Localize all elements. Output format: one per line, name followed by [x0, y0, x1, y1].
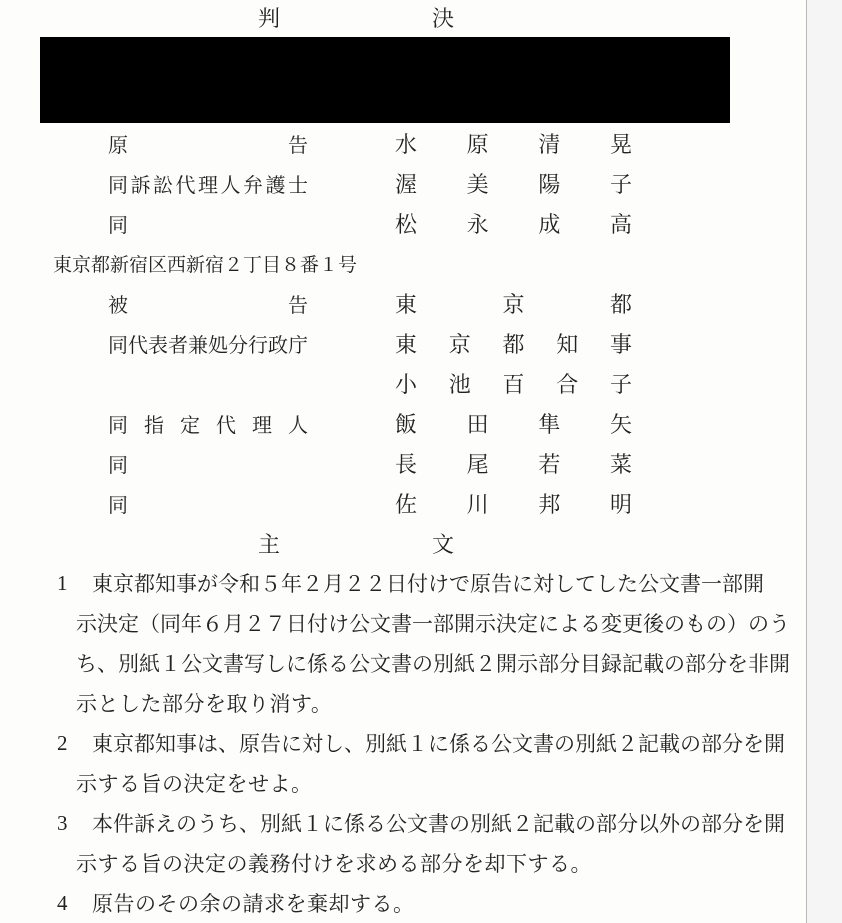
defendant-address: 東京都新宿区西新宿２丁目８番１号 — [53, 250, 357, 277]
order-line-text: 東京都知事が令和５年２月２２日付けで原告に対してした公文書一部開 — [92, 568, 740, 598]
heading-char-2: 文 — [432, 528, 454, 559]
order-item-4: 4 原告のその余の請求を棄却する。 — [0, 883, 806, 923]
party-row-designated-agent-2: 同 長尾若菜 — [0, 443, 806, 483]
defendant-address-row: 東京都新宿区西新宿２丁目８番１号 — [0, 243, 806, 283]
order-line-text: 示決定（同年６月２７日付け公文書一部開示決定による変更後のもの）のう — [76, 608, 740, 638]
party-label: 同指定代理人 — [108, 409, 308, 438]
order-list: 1 東京都知事が令和５年２月２２日付けで原告に対してした公文書一部開 示決定（同… — [0, 563, 806, 923]
redaction-block — [40, 37, 730, 123]
main-text-heading-chars: 主 文 — [258, 528, 454, 559]
order-item-3: 3 本件訴えのうち、別紙１に係る公文書の別紙２記載の部分以外の部分を開 示する旨… — [0, 803, 806, 883]
order-line-text: 示する旨の決定の義務付けを求める部分を却下する。 — [76, 848, 592, 878]
judgment-title-chars: 判 決 — [258, 2, 454, 33]
party-name: 佐川邦明 — [395, 488, 632, 519]
order-line: 4 原告のその余の請求を棄却する。 — [0, 883, 806, 923]
party-name: 渥美陽子 — [395, 168, 632, 199]
party-row-plaintiff: 原告 水原清晃 — [0, 123, 806, 163]
order-line-text: 示する旨の決定をせよ。 — [76, 768, 313, 798]
party-name: 飯田隼矢 — [395, 408, 632, 439]
heading-char-1: 主 — [258, 528, 280, 559]
order-line: 3 本件訴えのうち、別紙１に係る公文書の別紙２記載の部分以外の部分を開 — [0, 803, 806, 843]
party-label: 同 — [108, 209, 308, 238]
title-char-1: 判 — [258, 2, 280, 33]
order-line: 1 東京都知事が令和５年２月２２日付けで原告に対してした公文書一部開 — [0, 563, 806, 603]
order-line: 示する旨の決定の義務付けを求める部分を却下する。 — [0, 843, 806, 883]
party-label: 同代表者兼処分行政庁 — [108, 329, 308, 358]
party-label: 原告 — [108, 129, 308, 158]
order-item-2: 2 東京都知事は、原告に対し、別紙１に係る公文書の別紙２記載の部分を開 示する旨… — [0, 723, 806, 803]
order-line: 示する旨の決定をせよ。 — [0, 763, 806, 803]
party-row-counsel-1: 同訴訟代理人弁護士 渥美陽子 — [0, 163, 806, 203]
order-line: 示とした部分を取り消す。 — [0, 683, 806, 723]
order-line: ち、別紙１公文書写しに係る公文書の別紙２開示部分目録記載の部分を非開 — [0, 643, 806, 683]
judgment-title: 判 決 — [0, 0, 806, 34]
party-name: 小池百合子 — [395, 368, 632, 399]
viewer-gutter — [806, 0, 842, 923]
main-text-heading: 主 文 — [0, 523, 806, 563]
party-row-counsel-2: 同 松永成高 — [0, 203, 806, 243]
party-label: 同訴訟代理人弁護士 — [108, 169, 308, 198]
item-number: 1 — [57, 571, 92, 596]
order-item-1: 1 東京都知事が令和５年２月２２日付けで原告に対してした公文書一部開 示決定（同… — [0, 563, 806, 723]
party-label: 同 — [108, 489, 308, 518]
party-row-designated-agent-1: 同指定代理人 飯田隼矢 — [0, 403, 806, 443]
order-line: 2 東京都知事は、原告に対し、別紙１に係る公文書の別紙２記載の部分を開 — [0, 723, 806, 763]
party-row-designated-agent-3: 同 佐川邦明 — [0, 483, 806, 523]
party-label: 被告 — [108, 289, 308, 318]
title-char-2: 決 — [432, 2, 454, 33]
party-row-representative: 同代表者兼処分行政庁 東京都知事 — [0, 323, 806, 363]
item-number: 4 — [57, 891, 92, 916]
item-number: 3 — [57, 811, 92, 836]
judgment-page: 判 決 原告 水原清晃 同訴訟代理人弁護士 渥美陽子 同 松永成高 東京都新宿区… — [0, 0, 806, 923]
order-line-text: 示とした部分を取り消す。 — [76, 688, 332, 718]
party-name: 水原清晃 — [395, 128, 632, 159]
order-line-text: 原告のその余の請求を棄却する。 — [92, 888, 415, 918]
order-line-text: 本件訴えのうち、別紙１に係る公文書の別紙２記載の部分以外の部分を開 — [92, 808, 740, 838]
party-name: 東京都 — [395, 288, 632, 319]
order-line-text: ち、別紙１公文書写しに係る公文書の別紙２開示部分目録記載の部分を非開 — [76, 648, 740, 678]
party-name: 松永成高 — [395, 208, 632, 239]
party-row-governor-name: 小池百合子 — [0, 363, 806, 403]
item-number: 2 — [57, 731, 92, 756]
order-line-text: 東京都知事は、原告に対し、別紙１に係る公文書の別紙２記載の部分を開 — [92, 728, 740, 758]
party-name: 長尾若菜 — [395, 448, 632, 479]
party-name: 東京都知事 — [395, 328, 632, 359]
party-label: 同 — [108, 449, 308, 478]
party-row-defendant: 被告 東京都 — [0, 283, 806, 323]
order-line: 示決定（同年６月２７日付け公文書一部開示決定による変更後のもの）のう — [0, 603, 806, 643]
